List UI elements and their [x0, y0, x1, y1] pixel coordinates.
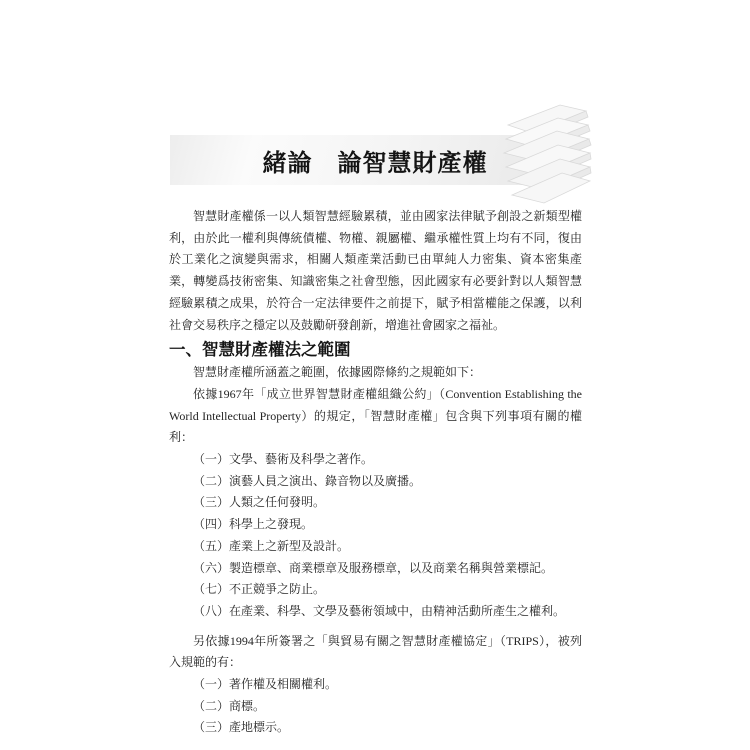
trips-rights-list: （一）著作權及相關權利。 （二）商標。 （三）產地標示。: [169, 674, 582, 739]
wipo-rights-list: （一）文學、藝術及科學之著作。 （二）演藝人員之演出、錄音物以及廣播。 （三）人…: [169, 449, 582, 623]
list-item: （二）演藝人員之演出、錄音物以及廣播。: [193, 471, 582, 493]
list-item: （八）在產業、科學、文學及藝術領域中，由精神活動所產生之權利。: [193, 601, 582, 623]
list-item: （六）製造標章、商業標章及服務標章，以及商業名稱與營業標記。: [193, 558, 582, 580]
list-item: （二）商標。: [193, 696, 582, 718]
page-body: 智慧財產權係一以人類智慧經驗累積，並由國家法律賦予創設之新類型權利，由於此一權利…: [169, 206, 582, 739]
list-item: （七）不正競爭之防止。: [193, 579, 582, 601]
book-pages-icon: [494, 103, 592, 207]
chapter-title: 緒論 論智慧財產權: [263, 143, 488, 178]
intro-paragraph: 智慧財產權係一以人類智慧經驗累積，並由國家法律賦予創設之新類型權利，由於此一權利…: [169, 206, 582, 336]
list-item: （四）科學上之發現。: [193, 514, 582, 536]
list-item: （一）文學、藝術及科學之著作。: [193, 449, 582, 471]
wipo-convention-paragraph: 依據1967年「成立世界智慧財產權組織公約」（Convention Establ…: [169, 384, 582, 449]
list-item: （三）產地標示。: [193, 717, 582, 739]
list-item: （五）產業上之新型及設計。: [193, 536, 582, 558]
scope-intro-line: 智慧財產權所涵蓋之範圍，依據國際條約之規範如下：: [169, 362, 582, 384]
book-page: 緒論 論智慧財產權 智慧財產權係一以人類智慧經驗累積，並由國家法律賦予創設之新類…: [0, 0, 750, 750]
trips-paragraph: 另依據1994年所簽署之「與貿易有關之智慧財產權協定」（TRIPS），被列入規範…: [169, 631, 582, 674]
list-item: （三）人類之任何發明。: [193, 492, 582, 514]
list-item: （一）著作權及相關權利。: [193, 674, 582, 696]
section-heading: 一、智慧財產權法之範圍: [169, 339, 582, 362]
